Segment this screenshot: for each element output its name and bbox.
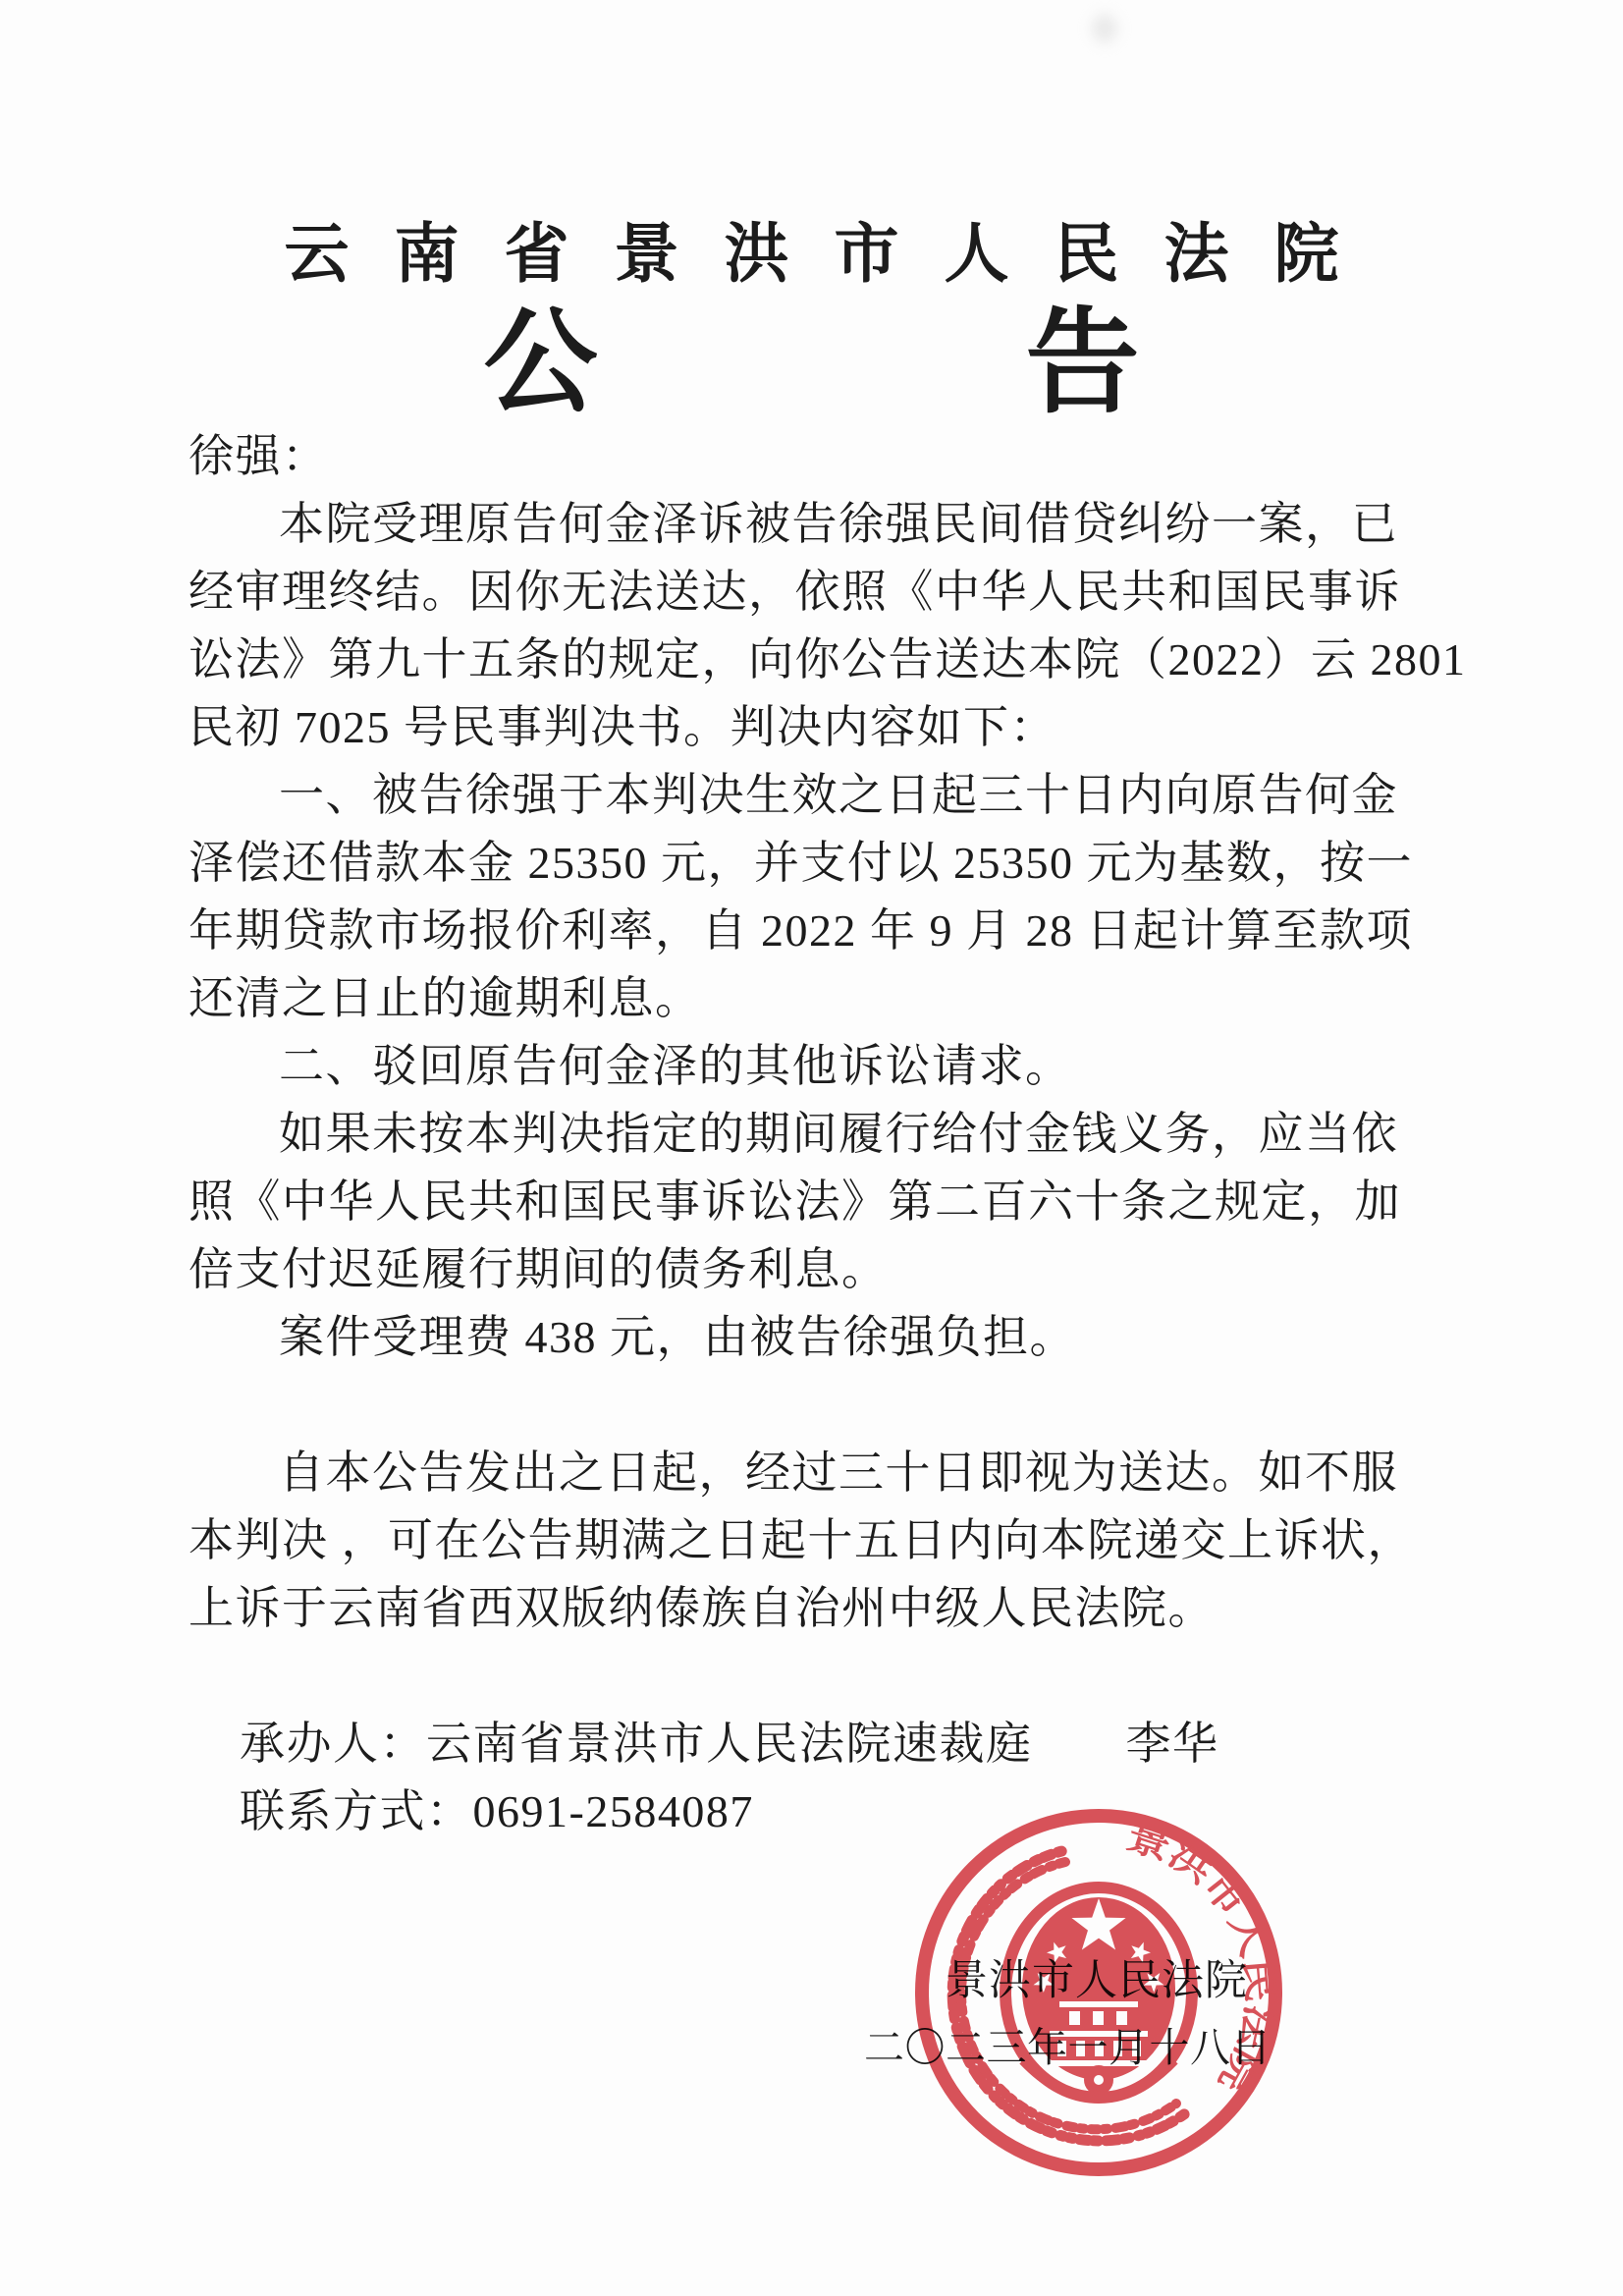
official-seal: 景洪市人民法院: [913, 1807, 1284, 2178]
document-line: 案件受理费 438 元，由被告徐强负担。: [189, 1303, 1465, 1371]
document-line: 承办人：云南省景洪市人民法院速裁庭 李华: [189, 1710, 1465, 1777]
document-line: 本院受理原告何金泽诉被告徐强民间借贷纠纷一案，已: [189, 490, 1465, 558]
scan-artifact: [1092, 14, 1117, 43]
document-line: [189, 1371, 1465, 1439]
document-line: 民初 7025 号民事判决书。判决内容如下：: [189, 693, 1465, 761]
national-emblem-icon: [1005, 1887, 1192, 2098]
document-line: 年期贷款市场报价利率，自 2022 年 9 月 28 日起计算至款项: [189, 897, 1465, 964]
notice-title: 公 告: [0, 297, 1623, 433]
document-line: 上诉于云南省西双版纳傣族自治州中级人民法院。: [189, 1574, 1465, 1642]
document-line: 照《中华人民共和国民事诉讼法》第二百六十条之规定，加: [189, 1168, 1465, 1235]
document-line: 一、被告徐强于本判决生效之日起三十日内向原告何金: [189, 761, 1465, 829]
document-line: 倍支付迟延履行期间的债务利息。: [189, 1235, 1465, 1303]
document-line: 还清之日止的逾期利息。: [189, 964, 1465, 1032]
document-body: 徐强：本院受理原告何金泽诉被告徐强民间借贷纠纷一案，已经审理终结。因你无法送达，…: [189, 422, 1465, 1845]
scanned-court-notice-page: 云南省景洪市人民法院 公 告 徐强：本院受理原告何金泽诉被告徐强民间借贷纠纷一案…: [0, 0, 1623, 2296]
document-line: 本判决 ，可在公告期满之日起十五日内向本院递交上诉状，: [189, 1506, 1465, 1574]
document-line: 经审理终结。因你无法送达，依照《中华人民共和国民事诉: [189, 558, 1465, 626]
court-title: 云南省景洪市人民法院: [0, 218, 1623, 293]
document-line: 如果未按本判决指定的期间履行给付金钱义务，应当依: [189, 1100, 1465, 1168]
document-line: 讼法》第九十五条的规定，向你公告送达本院（2022）云 2801: [189, 626, 1465, 693]
document-line: 泽偿还借款本金 25350 元，并支付以 25350 元为基数，按一: [189, 829, 1465, 897]
document-line: 自本公告发出之日起，经过三十日即视为送达。如不服: [189, 1439, 1465, 1506]
document-line: 徐强：: [189, 422, 1465, 490]
document-line: 二、驳回原告何金泽的其他诉讼请求。: [189, 1032, 1465, 1100]
document-line: [189, 1642, 1465, 1710]
